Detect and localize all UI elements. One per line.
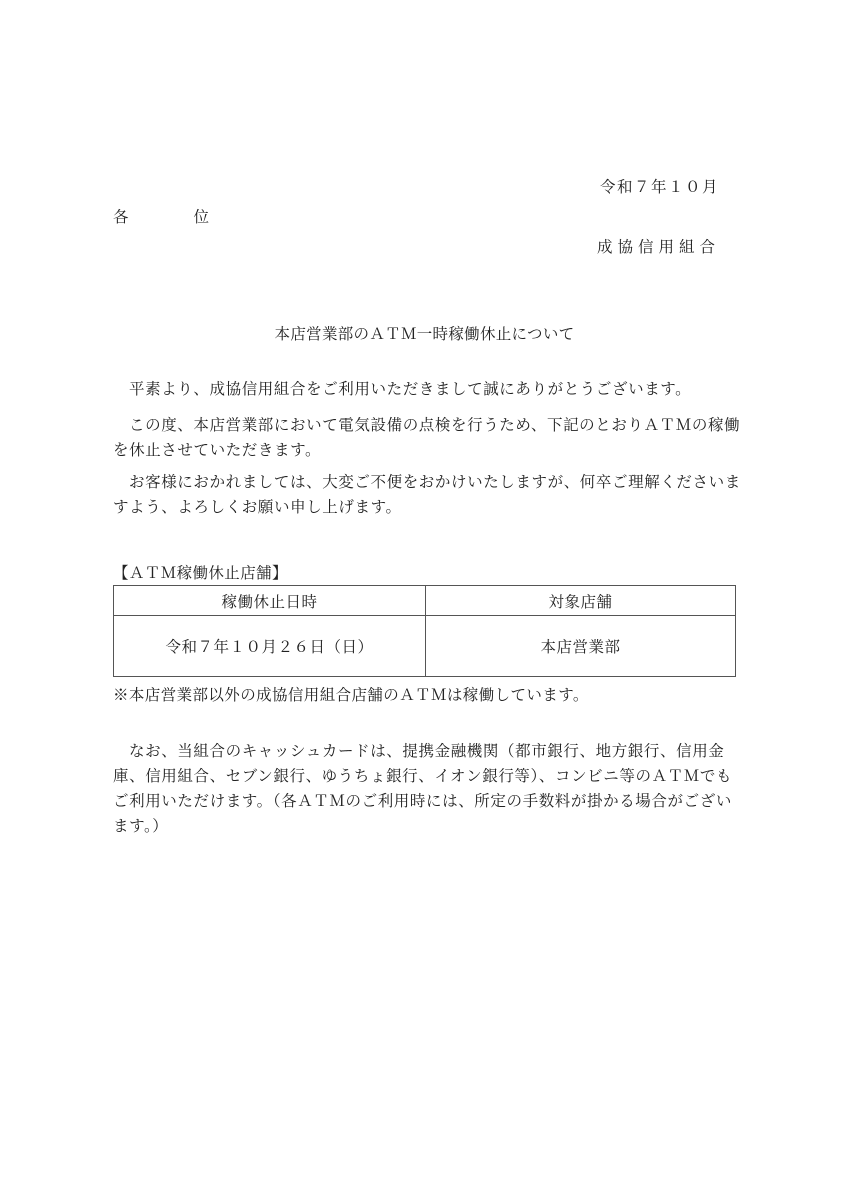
table-row: 令和７年１０月２６日（日） 本店営業部 (114, 616, 736, 677)
cell-suspension-date: 令和７年１０月２６日（日） (114, 616, 426, 677)
addressee-right: 位 (194, 208, 211, 226)
apology-paragraph: お客様におかれましては、大変ご不便をおかけいたしますが、何卒ご理解くださいますよ… (113, 470, 743, 520)
column-header-date: 稼働休止日時 (114, 586, 426, 616)
table-header-row: 稼働休止日時 対象店舗 (114, 586, 736, 616)
addressee-left: 各 (113, 208, 130, 226)
notice-paragraph: この度、本店営業部において電気設備の点検を行うため、下記のとおりＡＴＭの稼働を休… (113, 413, 743, 463)
schedule-heading: 【ＡＴＭ稼働休止店舗】 (113, 561, 288, 583)
sender-name: 成協信用組合 (597, 235, 720, 257)
schedule-table: 稼働休止日時 対象店舗 令和７年１０月２６日（日） 本店営業部 (113, 585, 736, 677)
cell-target-branch: 本店営業部 (426, 616, 736, 677)
closing-paragraph: なお、当組合のキャッシュカードは、提携金融機関（都市銀行、地方銀行、信用金庫、信… (113, 739, 743, 839)
document-title: 本店営業部のＡＴＭ一時稼働休止について (0, 322, 849, 344)
addressee: 各位 (113, 205, 210, 227)
column-header-branch: 対象店舗 (426, 586, 736, 616)
schedule-note: ※本店営業部以外の成協信用組合店舗のＡＴＭは稼働しています。 (113, 683, 589, 705)
greeting-paragraph: 平素より、成協信用組合をご利用いただきまして誠にありがとうございます。 (113, 377, 743, 402)
apology-text: お客様におかれましては、大変ご不便をおかけいたしますが、何卒ご理解くださいますよ… (113, 473, 741, 516)
greeting-text: 平素より、成協信用組合をご利用いただきまして誠にありがとうございます。 (129, 380, 691, 398)
notice-text: この度、本店営業部において電気設備の点検を行うため、下記のとおりＡＴＭの稼働を休… (113, 416, 740, 459)
closing-text: なお、当組合のキャッシュカードは、提携金融機関（都市銀行、地方銀行、信用金庫、信… (113, 742, 732, 835)
document-date: 令和７年１０月 (600, 175, 719, 197)
